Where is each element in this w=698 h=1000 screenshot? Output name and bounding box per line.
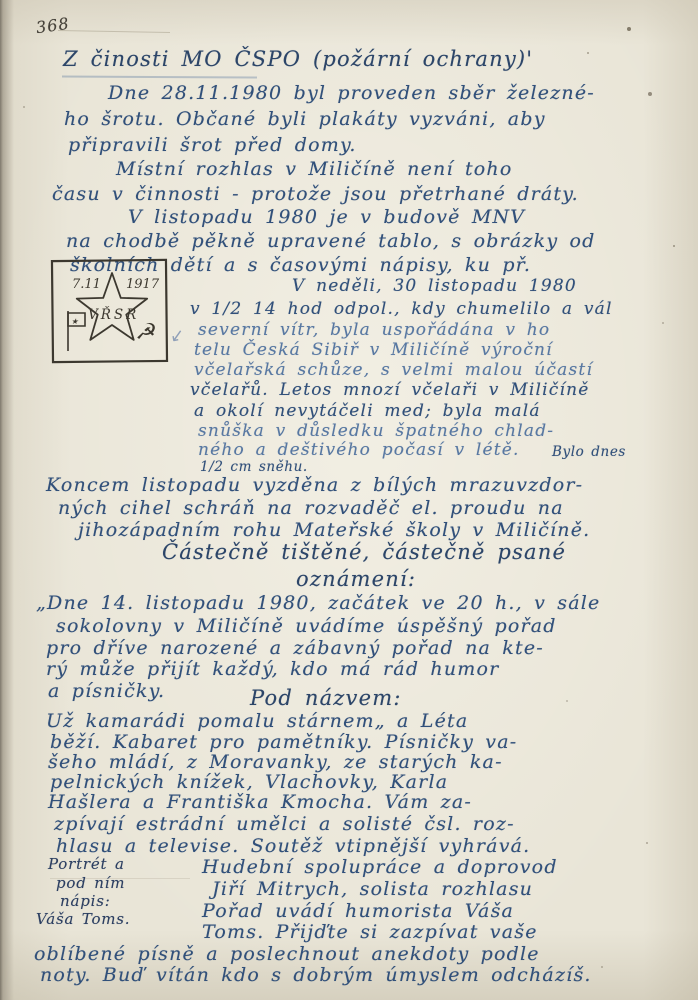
announcement-line: rý může přijít každý, kdo má rád humor: [46, 658, 499, 680]
text-line: Toms. Přijďte si zazpívat vaše: [202, 921, 538, 943]
text-line: noty. Buď vítán kdo s dobrým úmyslem odc…: [40, 964, 592, 986]
margin-note-line: nápis:: [60, 892, 111, 910]
heading-underline: [62, 75, 257, 78]
text-line: snůška v důsledku špatného chlad-: [198, 421, 554, 441]
text-line: šeho mládí, z Moravanky, ze starých ka-: [48, 751, 503, 773]
text-line: jihozápadním rohu Mateřské školy v Milič…: [78, 519, 590, 541]
text-line: Hašlera a Františka Kmocha. Vám za-: [48, 791, 472, 813]
stamp-date-left: 7.11: [72, 277, 101, 292]
vrsr-stamp: 7.11 1917 VŘSR ★ ☭: [50, 258, 170, 366]
text-line: Místní rozhlas v Miličíně není toho: [116, 158, 513, 180]
book-gutter-shadow: [0, 0, 14, 1000]
text-line: připravili šrot před domy.: [68, 134, 357, 156]
announcement-line: pro dříve narozené a zábavný pořad na kt…: [46, 637, 544, 659]
flag-icon: ★: [68, 311, 85, 351]
section-label: oznámení:: [296, 567, 416, 591]
text-line: času v činnosti - protože jsou přetrhané…: [52, 183, 579, 205]
text-line: ho šrotu. Občané byli plakáty vyzváni, a…: [64, 108, 546, 130]
text-line: oblíbené písně a poslechnout anekdoty po…: [34, 943, 540, 965]
text-line: a okolí nevytáčeli med; byla malá: [194, 401, 541, 421]
text-line: ných cihel schráň na rozvaděč el. proudu…: [58, 497, 564, 519]
text-line: Pořad uvádí humorista Váša: [202, 900, 514, 922]
hammer-sickle-icon: ☭: [135, 320, 156, 345]
text-line: na chodbě pěkně upravené tablo, s obrázk…: [66, 230, 596, 252]
text-line: V neděli, 30 listopadu 1980: [292, 276, 577, 296]
stamp-date-right: 1917: [126, 277, 160, 292]
text-line: Hudební spolupráce a doprovod: [202, 856, 558, 878]
text-line: v 1/2 14 hod odpol., kdy chumelilo a vál: [190, 299, 613, 319]
subtitle-label: Pod názvem:: [250, 686, 402, 710]
flag-star-glyph: ★: [71, 317, 79, 326]
margin-note-line: Portrét a: [48, 855, 125, 873]
text-line: běží. Kabaret pro pamětníky. Písničky va…: [50, 731, 517, 753]
text-line: Jiří Mitrych, solista rozhlasu: [212, 878, 533, 900]
text-line: hlasu a televise. Soutěž vtipnější vyhrá…: [56, 835, 530, 857]
text-line: ného a deštivého počasí v létě.: [198, 440, 520, 460]
section-heading: Z činosti MO ČSPO (požární ochrany)': [63, 47, 533, 71]
paper-specks: [0, 0, 2, 2]
section-label: Částečně tištěné, částečně psané: [162, 540, 566, 564]
text-line: včelařská schůze, s velmi malou účastí: [194, 360, 593, 380]
margin-note-line: Váša Toms.: [36, 910, 130, 928]
page-number: 368: [35, 14, 71, 37]
paper-crease: [58, 30, 170, 33]
text-line: včelařů. Letos mnozí včelaři v Miličíně: [190, 380, 590, 400]
announcement-line: sokolovny v Miličíně uvádíme úspěšný poř…: [56, 615, 557, 637]
announcement-line: „Dne 14. listopadu 1980, začátek ve 20 h…: [36, 592, 601, 614]
annotation-arrow-icon: ↙: [168, 325, 186, 347]
stamp-star-label: VŘSR: [88, 307, 139, 323]
text-line: Už kamarádi pomalu stárnem„ a Léta: [46, 710, 468, 732]
text-line: pelnických knížek, Vlachovky, Karla: [50, 771, 448, 793]
snow-note-line: Bylo dnes: [552, 444, 626, 460]
text-line: V listopadu 1980 je v budově MNV: [128, 206, 525, 228]
text-line: Koncem listopadu vyzděna z bílých mrazuv…: [46, 474, 583, 496]
text-line: zpívají estrádní umělci a solisté čsl. r…: [54, 813, 515, 835]
text-line: severní vítr, byla uspořádána v ho: [198, 320, 550, 340]
text-line: Dne 28.11.1980 byl proveden sběr železné…: [108, 82, 595, 104]
chronicle-page: 368 Z činosti MO ČSPO (požární ochrany)'…: [0, 0, 698, 1000]
text-line: telu Česká Sibiř v Miličíně výroční: [194, 340, 553, 360]
snow-note-line: 1/2 cm sněhu.: [200, 459, 308, 475]
margin-note-line: pod ním: [56, 874, 125, 892]
announcement-line: a písničky.: [48, 680, 165, 702]
